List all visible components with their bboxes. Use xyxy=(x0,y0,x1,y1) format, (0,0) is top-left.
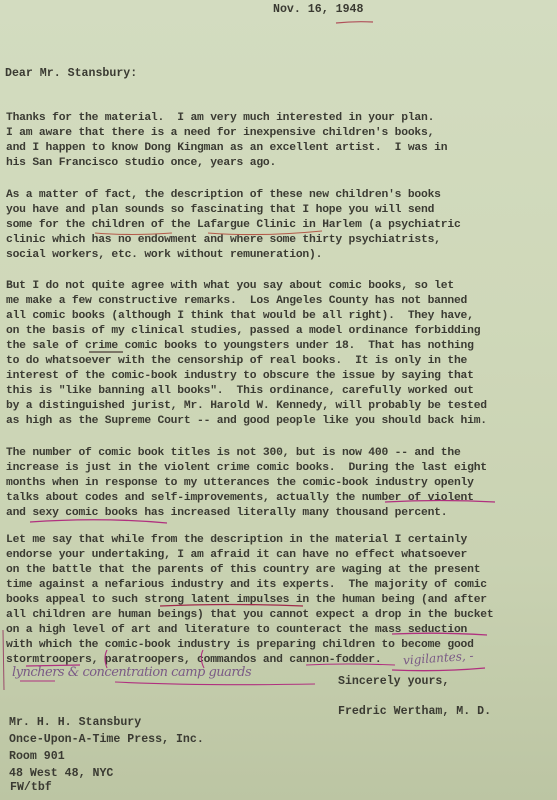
text-line: with which the comic-book industry is pr… xyxy=(6,638,474,653)
text-line: on a high level of art and literature to… xyxy=(6,623,467,638)
text-line: me make a few constructive remarks. Los … xyxy=(6,294,467,309)
text-line: his San Francisco studio once, years ago… xyxy=(6,156,276,171)
text-line: and I happen to know Dong Kingman as an … xyxy=(6,141,447,156)
text-line: social workers, etc. work without remune… xyxy=(6,248,322,263)
text-line: all children are human beings) that you … xyxy=(6,608,493,623)
text-line: you have and plan sounds so fascinating … xyxy=(6,203,434,218)
handwritten-annotation-lynchers: lynchers & concentration camp guards xyxy=(12,665,251,680)
underline-handwriting-concentration xyxy=(115,682,315,685)
text-line: time against a nefarious industry and it… xyxy=(6,578,487,593)
letter-date: Nov. 16, 1948 xyxy=(273,3,363,16)
text-line: Let me say that while from the descripti… xyxy=(6,533,467,548)
text-line: and sexy comic books has increased liter… xyxy=(6,506,447,521)
text-line: months when in response to my utterances… xyxy=(6,476,474,491)
text-line: the sale of crime comic books to youngst… xyxy=(6,339,474,354)
text-line: talks about codes and self-improvements,… xyxy=(6,491,474,506)
text-line: clinic which has no endowment and where … xyxy=(6,233,441,248)
text-line: But I do not quite agree with what you s… xyxy=(6,279,454,294)
text-line: this is "like banning all books". This o… xyxy=(6,384,474,399)
text-line: to do whatsoever with the censorship of … xyxy=(6,354,467,369)
text-line: Thanks for the material. I am very much … xyxy=(6,111,434,126)
text-line: on the basis of my clinical studies, pas… xyxy=(6,324,480,339)
reference-initials: FW/tbf xyxy=(10,781,52,794)
signature: Fredric Wertham, M. D. xyxy=(338,705,491,718)
address-line: Once-Upon-A-Time Press, Inc. xyxy=(9,731,204,748)
closing: Sincerely yours, xyxy=(338,675,449,688)
letter-page: Nov. 16, 1948 Dear Mr. Stansbury: Thanks… xyxy=(0,0,557,800)
text-line: on the battle that the parents of this c… xyxy=(6,563,480,578)
address-line: Mr. H. H. Stansbury xyxy=(9,714,141,731)
text-line: some for the children of the Lafargue Cl… xyxy=(6,218,461,233)
salutation: Dear Mr. Stansbury: xyxy=(5,67,137,80)
text-line: The number of comic book titles is not 3… xyxy=(6,446,461,461)
text-line: As a matter of fact, the description of … xyxy=(6,188,441,203)
text-line: by a distinguished jurist, Mr. Harold W.… xyxy=(6,399,487,414)
text-line: I am aware that there is a need for inex… xyxy=(6,126,434,141)
text-line: books appeal to such strong latent impul… xyxy=(6,593,487,608)
text-line: all comic books (although I think that w… xyxy=(6,309,474,324)
text-line: endorse your undertaking, I am afraid it… xyxy=(6,548,467,563)
margin-bracket-line xyxy=(3,630,4,690)
underline-date xyxy=(336,22,373,23)
address-line: 48 West 48, NYC xyxy=(9,765,113,782)
text-line: interest of the comic-book industry to o… xyxy=(6,369,474,384)
text-line: as high as the Supreme Court -- and good… xyxy=(6,414,487,429)
text-line: increase is just in the violent crime co… xyxy=(6,461,487,476)
address-line: Room 901 xyxy=(9,748,65,765)
underline-vigilantes xyxy=(392,668,485,671)
